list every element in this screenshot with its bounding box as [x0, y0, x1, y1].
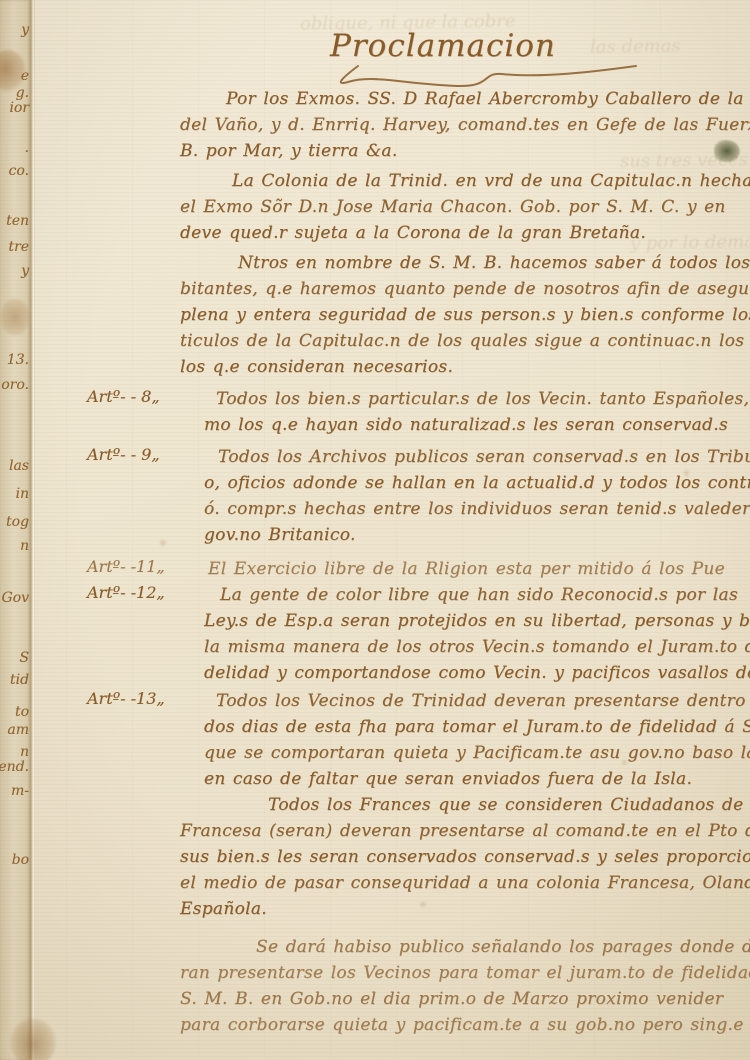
article-number-label: Artº- -13„ [87, 689, 165, 708]
manuscript-line: La Colonia de la Trinid. en vrd de una C… [180, 168, 750, 194]
underpage-text-fragment: m- [11, 783, 29, 799]
manuscript-paragraph: Por los Exmos. SS. D Rafael Abercromby C… [180, 86, 750, 164]
manuscript-line: ó. compr.s hechas entre los individuos s… [180, 496, 750, 522]
underpage-text-fragment: oro. [1, 377, 29, 393]
manuscript-line: Española. [180, 896, 750, 922]
manuscript-line: El Exercicio libre de la Rligion esta pe… [180, 556, 750, 582]
underpage-text-fragment: tid [10, 672, 29, 688]
foxing-spot [684, 470, 689, 476]
article-number-label: Artº- - 8„ [87, 387, 160, 406]
manuscript-line: los q.e consideran necesarios. [180, 354, 750, 380]
underpage-text-fragment: g. [16, 85, 29, 101]
underpage-text-fragment: tog [6, 514, 29, 530]
manuscript-scan: { "document": { "kind": "handwritten-man… [0, 0, 750, 1060]
underpage-text-fragment: ior [9, 100, 29, 116]
underpage-text-fragment: bo [12, 852, 29, 868]
manuscript-line: Todos los Vecinos de Trinidad deveran pr… [180, 688, 750, 714]
manuscript-paragraph: Artº- -12„La gente de color libre que ha… [180, 582, 750, 686]
underlying-page-edge: yeg.ior.co.tentrey13.oro.lasintognGovSti… [0, 0, 31, 1060]
underpage-text-fragment: in [16, 486, 30, 502]
manuscript-line: mo los q.e hayan sido naturalizad.s les … [180, 412, 750, 438]
manuscript-line: Todos los Archivos publicos seran conser… [180, 444, 750, 470]
article-number-label: Artº- - 9„ [87, 445, 160, 464]
manuscript-line: B. por Mar, y tierra &a. [180, 138, 750, 164]
manuscript-line: Todos los Frances que se consideren Ciud… [180, 792, 750, 818]
manuscript-line: Por los Exmos. SS. D Rafael Abercromby C… [180, 86, 750, 112]
underpage-text-fragment: to [15, 704, 29, 720]
foxing-spot [160, 540, 166, 546]
underpage-text-fragment: las [9, 458, 29, 474]
underpage-text-fragment: n [20, 538, 29, 554]
underpage-text-fragment: y [21, 22, 29, 38]
manuscript-paragraph: Todos los Frances que se consideren Ciud… [180, 792, 750, 922]
document-title: Proclamacion [330, 28, 556, 64]
manuscript-line: delidad y comportandose como Vecin. y pa… [180, 660, 750, 686]
manuscript-line: Se dará habiso publico señalando los par… [180, 934, 750, 960]
manuscript-line: dos dias de esta fha para tomar el Juram… [180, 714, 750, 740]
underpage-text-fragment: end. [0, 759, 29, 775]
manuscript-line: plena y entera seguridad de sus person.s… [180, 302, 750, 328]
manuscript-line: para corborarse quieta y pacificam.te a … [180, 1012, 750, 1038]
underpage-text-fragment: am [7, 722, 29, 738]
manuscript-paragraph: La Colonia de la Trinid. en vrd de una C… [180, 168, 750, 246]
bleedthrough-line: las demas [590, 35, 681, 57]
manuscript-line: deve qued.r sujeta a la Corona de la gra… [180, 220, 750, 246]
underpage-text-fragment: 13. [7, 352, 29, 368]
manuscript-paragraph: Artº- - 9„Todos los Archivos publicos se… [180, 444, 750, 548]
manuscript-paragraph: Artº- -13„Todos los Vecinos de Trinidad … [180, 688, 750, 792]
manuscript-line: sus bien.s les seran conservados conserv… [180, 844, 750, 870]
manuscript-line: gov.no Britanico. [180, 522, 750, 548]
manuscript-line: bitantes, q.e haremos quanto pende de no… [180, 276, 750, 302]
manuscript-line: el Exmo Sõr D.n Jose Maria Chacon. Gob. … [180, 194, 750, 220]
underpage-text-fragment: . [25, 140, 29, 156]
manuscript-line: la misma manera de los otros Vecin.s tom… [180, 634, 750, 660]
article-number-label: Artº- -11„ [87, 557, 165, 576]
manuscript-line: el medio de pasar consequridad a una col… [180, 870, 750, 896]
manuscript-paragraph: Se dará habiso publico señalando los par… [180, 934, 750, 1038]
manuscript-paragraph: Artº- - 8„Todos los bien.s particular.s … [180, 386, 750, 438]
manuscript-line: Francesa (seran) deveran presentarse al … [180, 818, 750, 844]
manuscript-paragraph: Ntros en nombre de S. M. B. hacemos sabe… [180, 250, 750, 380]
manuscript-line: o, oficios adonde se hallan en la actual… [180, 470, 750, 496]
underpage-text-fragment: Gov [1, 590, 29, 606]
manuscript-line: ticulos de la Capitulac.n de los quales … [180, 328, 750, 354]
underpage-text-fragment: n [20, 744, 29, 760]
foxing-spot [622, 760, 627, 765]
underpage-text-fragment: S [19, 650, 29, 666]
manuscript-line: La gente de color libre que han sido Rec… [180, 582, 750, 608]
manuscript-line: Ntros en nombre de S. M. B. hacemos sabe… [180, 250, 750, 276]
underpage-text-fragment: co. [9, 163, 29, 179]
manuscript-paragraph: Artº- -11„El Exercicio libre de la Rligi… [180, 556, 750, 582]
manuscript-line: del Vaño, y d. Enrriq. Harvey, comand.te… [180, 112, 750, 138]
foxing-spot [420, 902, 426, 907]
manuscript-line: S. M. B. en Gob.no el dia prim.o de Marz… [180, 986, 750, 1012]
manuscript-line: ran presentarse los Vecinos para tomar e… [180, 960, 750, 986]
underpage-text-fragment: ten [6, 213, 29, 229]
underpage-text-fragment: e [21, 68, 29, 84]
manuscript-line: en caso de faltar que seran enviados fue… [180, 766, 750, 792]
underpage-text-fragment: tre [8, 239, 29, 255]
manuscript-line: Ley.s de Esp.a seran protejidos en su li… [180, 608, 750, 634]
article-number-label: Artº- -12„ [87, 583, 165, 602]
manuscript-line: que se comportaran quieta y Pacificam.te… [180, 740, 750, 766]
underpage-text-fragment: y [21, 263, 29, 279]
manuscript-line: Todos los bien.s particular.s de los Vec… [180, 386, 750, 412]
